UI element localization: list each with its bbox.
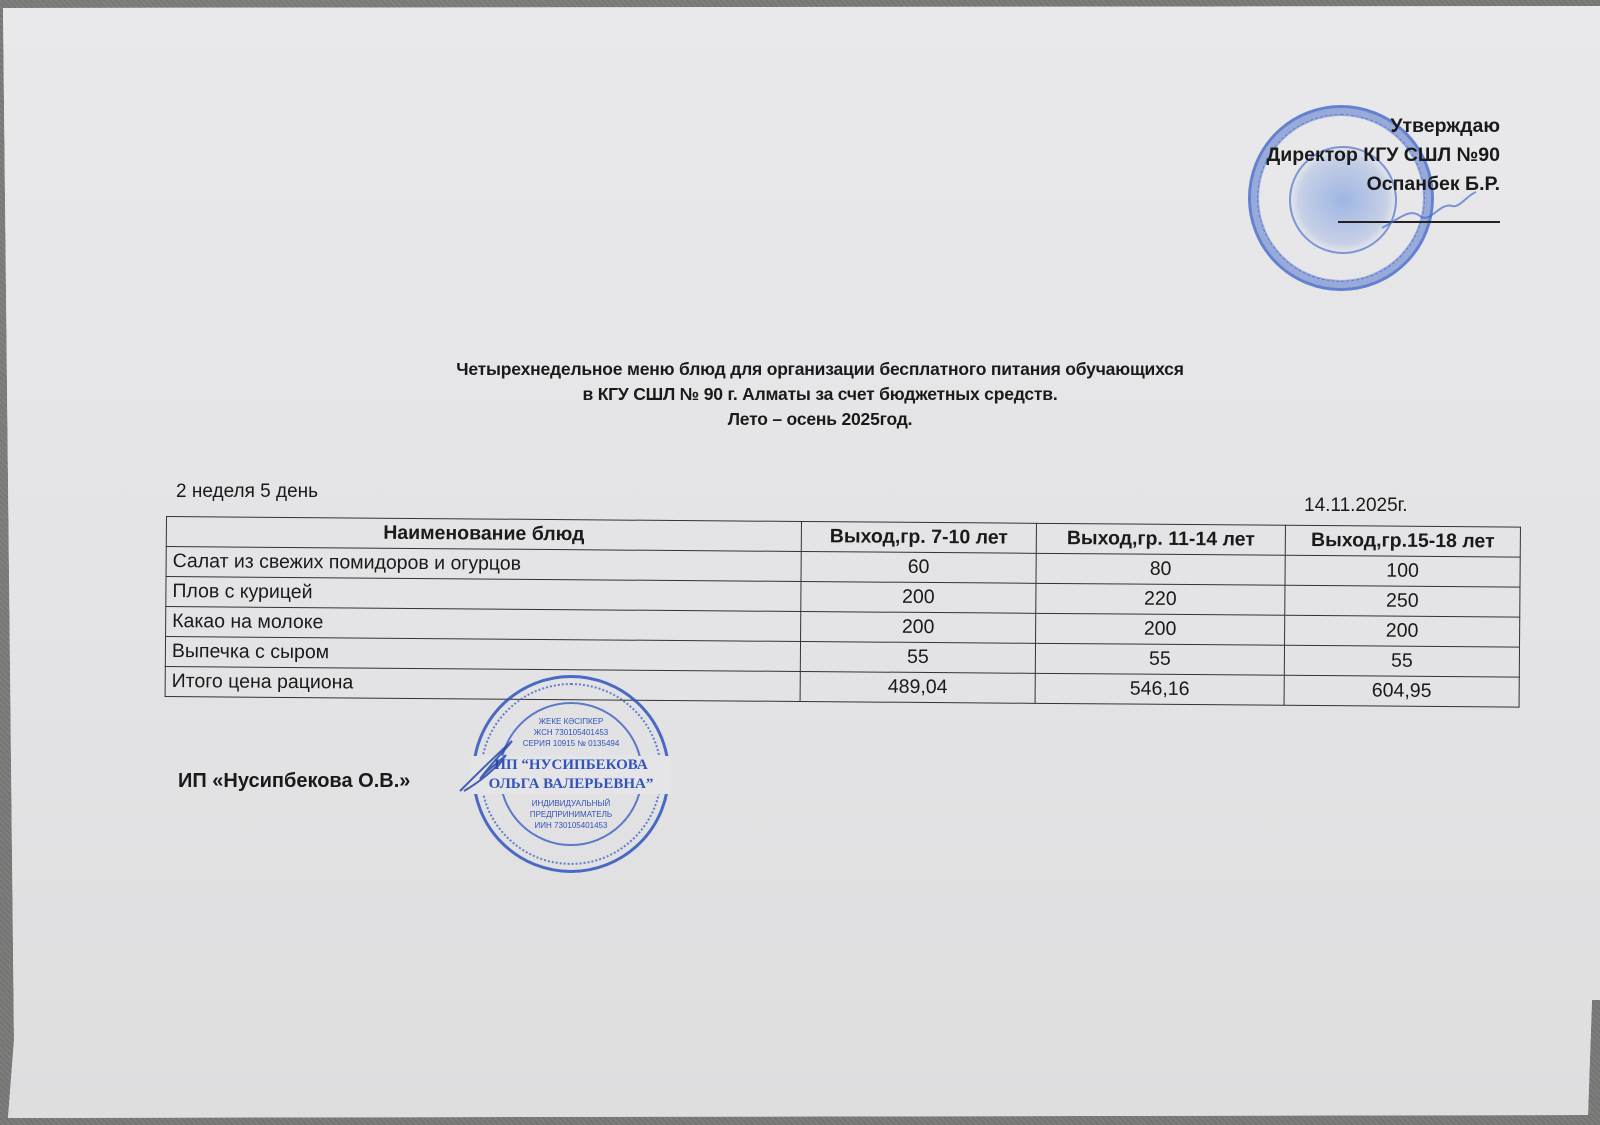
portion-value: 200 (801, 581, 1036, 613)
header-dish-name: Наименование блюд (166, 517, 801, 552)
portion-value: 55 (1284, 645, 1519, 677)
stamp-bottom-text: ИНДИВИДУАЛЬНЫЙ ПРЕДПРИНИМАТЕЛЬ ИИН 73010… (475, 798, 667, 831)
stamp-text: ИИН 730105401453 (475, 820, 667, 831)
portion-value: 200 (1036, 613, 1285, 645)
portion-value: 220 (1036, 583, 1285, 615)
menu-date: 14.11.2025г. (1304, 495, 1408, 517)
dish-name: Салат из свежих помидоров и огурцов (166, 547, 801, 582)
total-price: 604,95 (1284, 675, 1519, 707)
portion-value: 100 (1285, 555, 1520, 587)
director-signature-icon (1380, 188, 1480, 238)
header-portion-7-10: Выход,гр. 7-10 лет (801, 521, 1036, 553)
dish-name: Плов с курицей (166, 577, 801, 612)
title-line-1: Четырехнедельное меню блюд для организац… (0, 357, 1600, 382)
portion-value: 200 (801, 611, 1036, 643)
stamp-text: ПРЕДПРИНИМАТЕЛЬ (475, 809, 667, 820)
portion-value: 200 (1285, 615, 1520, 647)
portion-value: 80 (1036, 553, 1285, 585)
signature-icon (456, 735, 516, 795)
header-portion-11-14: Выход,гр. 11-14 лет (1036, 523, 1285, 555)
supplier-label: ИП «Нусипбекова О.В.» (178, 770, 410, 793)
total-price: 546,16 (1035, 673, 1284, 705)
dish-name: Какао на молоке (166, 607, 801, 642)
portion-value: 250 (1285, 585, 1520, 617)
stamp-text: ИНДИВИДУАЛЬНЫЙ (475, 798, 667, 809)
document-title: Четырехнедельное меню блюд для организац… (0, 357, 1600, 432)
stamp-text: ЖЕКЕ КӘСІПКЕР (475, 716, 667, 727)
dish-name: Выпечка с сыром (165, 637, 800, 672)
week-day-label: 2 неделя 5 день (176, 481, 318, 503)
approval-position: Директор КГУ СШЛ №90 (1266, 141, 1500, 170)
header-portion-15-18: Выход,гр.15-18 лет (1285, 525, 1520, 557)
portion-value: 55 (800, 641, 1035, 673)
title-line-2: в КГУ СШЛ № 90 г. Алматы за счет бюджетн… (0, 382, 1600, 407)
total-price: 489,04 (800, 671, 1035, 703)
approval-title: Утверждаю (1266, 112, 1500, 141)
total-label: Итого цена рациона (165, 666, 800, 701)
title-line-3: Лето – осень 2025год. (0, 407, 1600, 432)
portion-value: 55 (1035, 643, 1284, 675)
portion-value: 60 (801, 551, 1036, 583)
menu-table: Наименование блюд Выход,гр. 7-10 лет Вых… (165, 516, 1521, 708)
